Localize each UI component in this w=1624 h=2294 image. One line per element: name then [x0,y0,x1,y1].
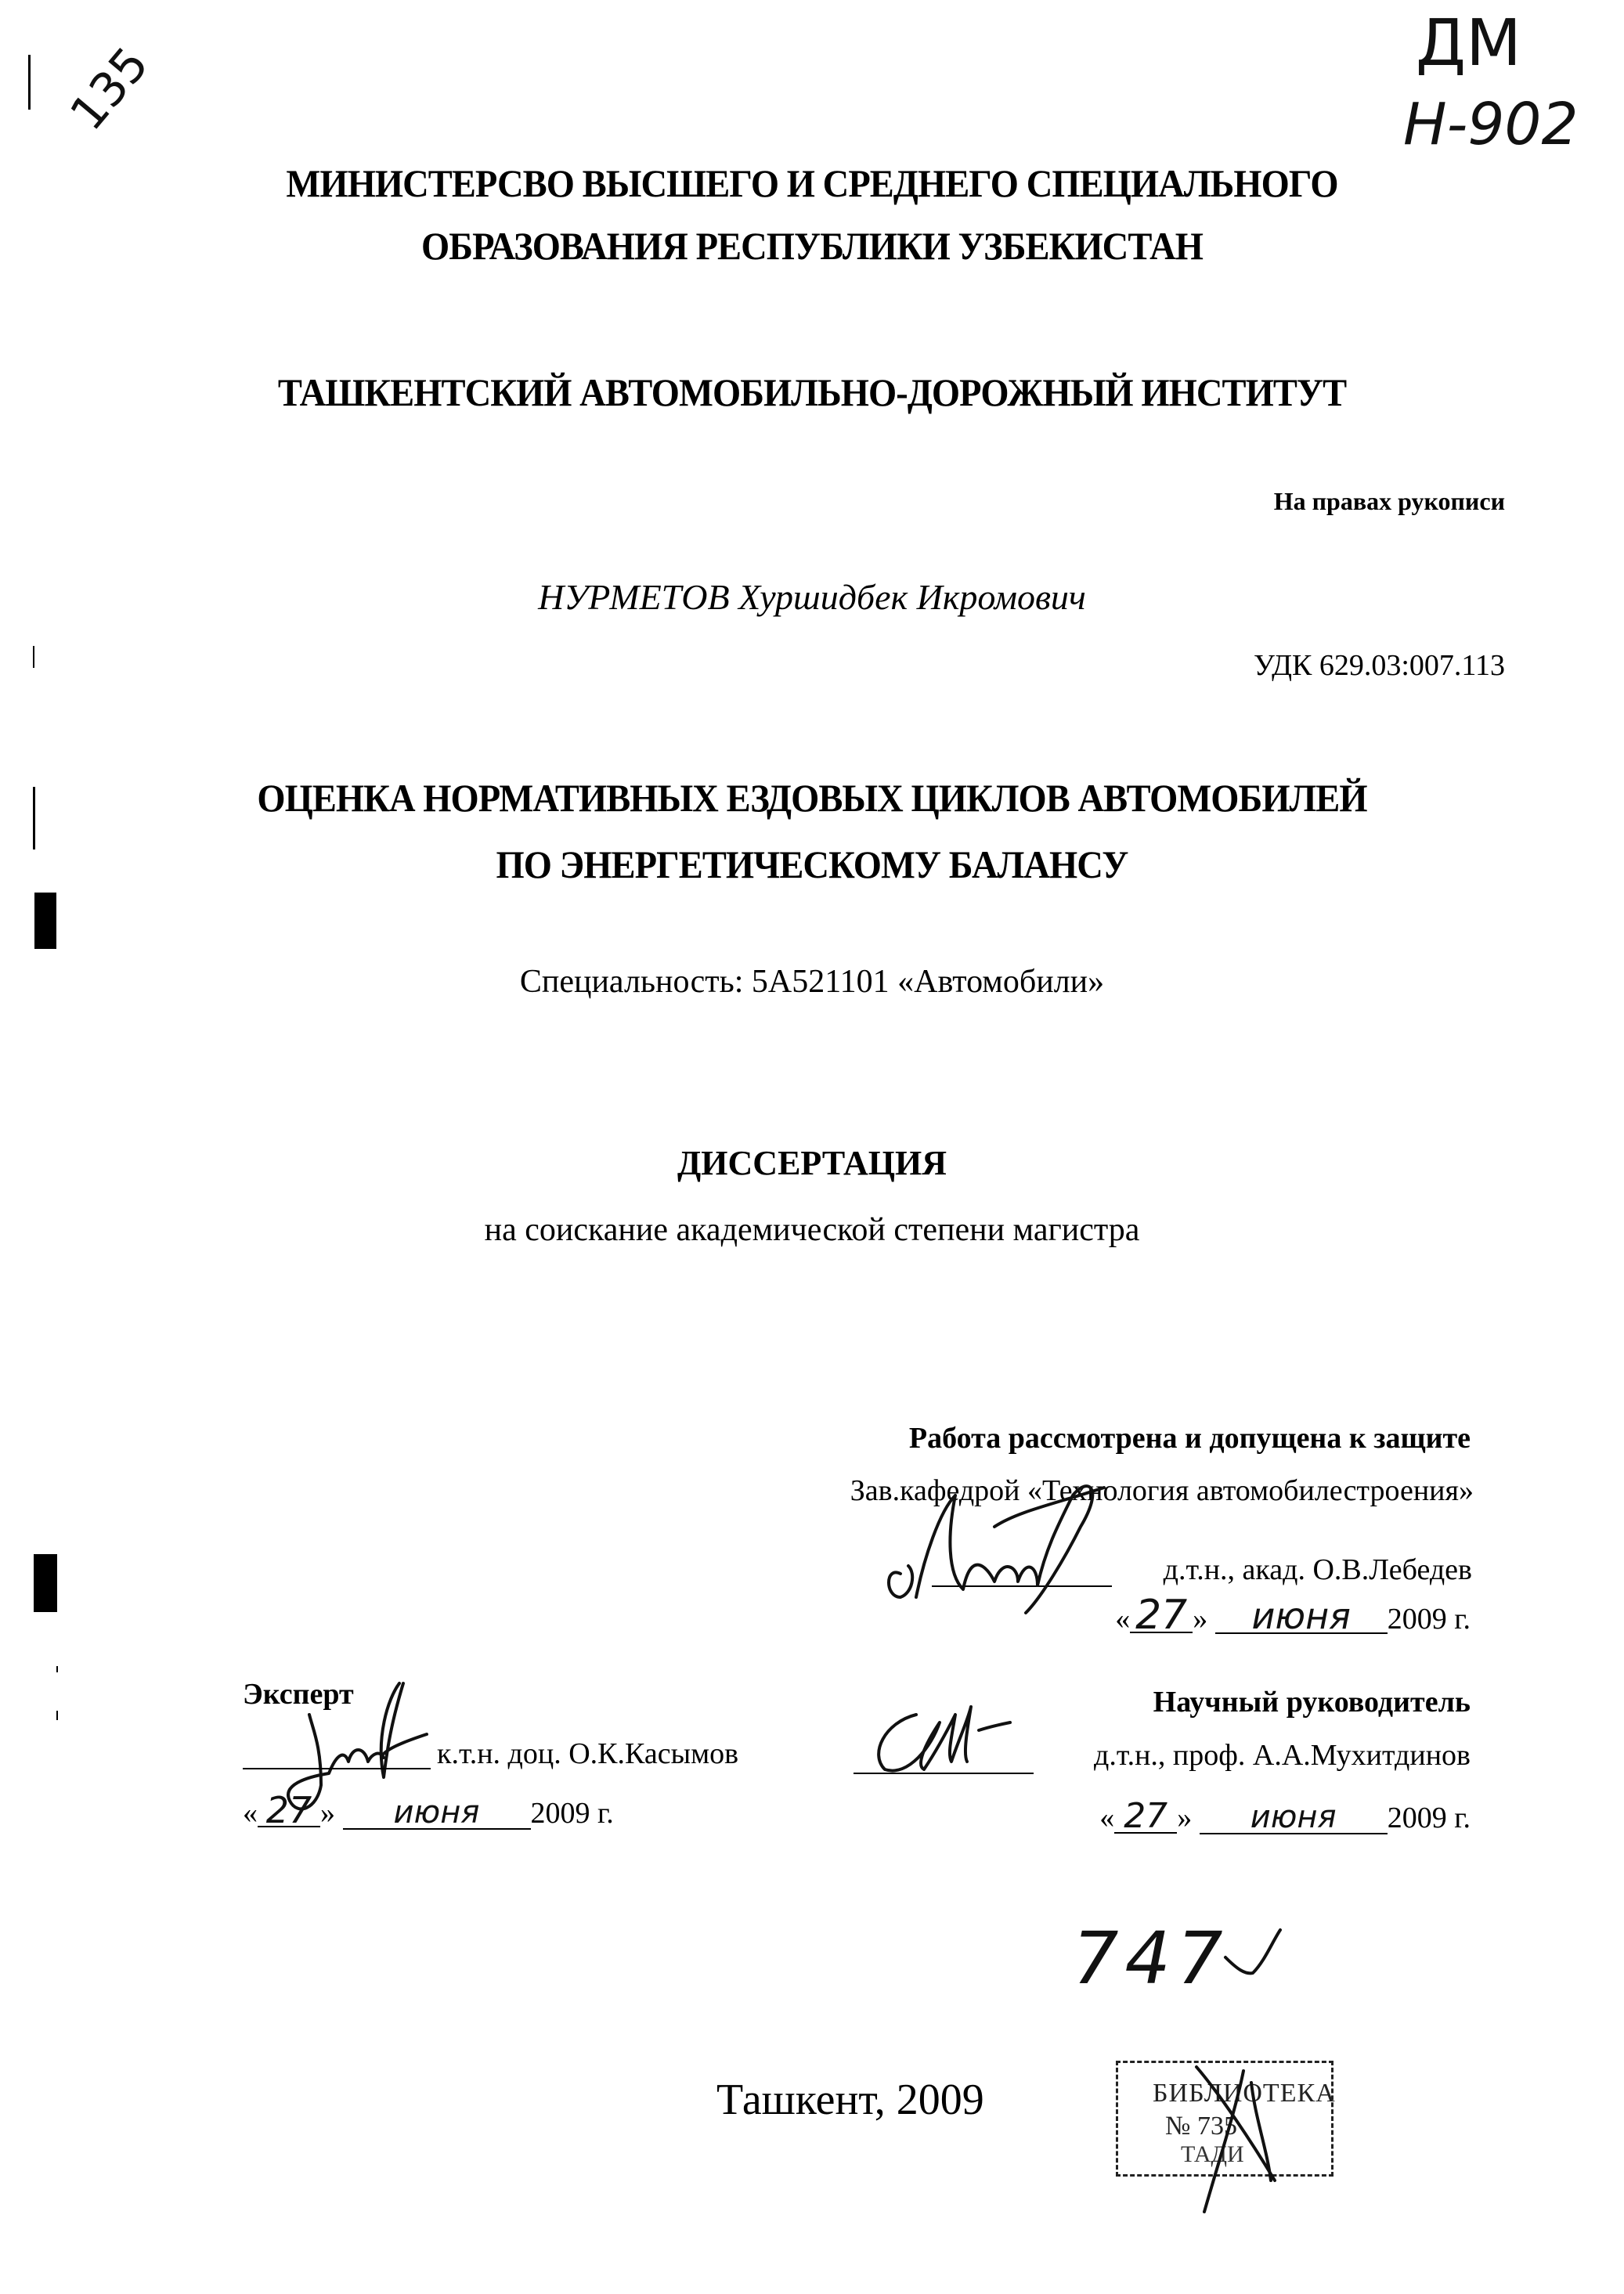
udc-code: УДК 629.03:007.113 [1254,648,1505,683]
date-day-handwritten: 27 [1130,1599,1193,1633]
thesis-title-line2: ПО ЭНЕРГЕТИЧЕСКОМУ БАЛАНСУ [57,842,1568,887]
date-close-quote: » [1177,1802,1192,1834]
head-signature [869,1480,1104,1621]
margin-mark [33,646,34,668]
supervisor-label: Научный руководитель [1153,1685,1471,1719]
approval-heading: Работа рассмотрена и допущена к защите [909,1421,1471,1455]
approval-date: «27» июня2009 г. [1115,1599,1471,1636]
margin-mark [34,1554,57,1612]
handwritten-shelf-code-line1: ДМ [1416,6,1521,81]
handwritten-inventory-number: 747 [1073,1917,1229,2000]
degree-line: на соискание академической степени магис… [0,1211,1624,1249]
supervisor-name: д.т.н., проф. А.А.Мухитдинов [1094,1738,1471,1773]
date-open-quote: « [1099,1802,1114,1834]
date-month-handwritten: июня [1200,1802,1388,1834]
margin-mark [34,893,56,949]
thesis-title-line1: ОЦЕНКА НОРМАТИВНЫХ ЕЗДОВЫХ ЦИКЛОВ АВТОМО… [57,775,1568,821]
inventory-check-mark [1222,1926,1284,1989]
supervisor-date: «27» июня2009 г. [1099,1801,1471,1835]
institute-name: ТАШКЕНТСКИЙ АВТОМОБИЛЬНО-ДОРОЖНЫЙ ИНСТИТ… [57,370,1568,415]
supervisor-signature-line [854,1773,1034,1774]
date-day-handwritten: 27 [1114,1801,1177,1834]
stamp-cross-mark [1118,2063,1336,2220]
handwritten-corner-number: 135 [60,37,159,141]
manuscript-note: На правах рукописи [1274,487,1505,516]
expert-signature-line [243,1768,431,1769]
margin-mark [56,1711,58,1720]
date-close-quote: » [320,1797,335,1830]
handwritten-shelf-code-line2: Н-902 [1403,91,1579,158]
author-name: НУРМЕТОВ Хуршидбек Икромович [0,576,1624,618]
expert-date: «27» июня2009 г. [243,1794,614,1831]
ministry-line2: ОБРАЗОВАНИЯ РЕСПУБЛИКИ УЗБЕКИСТАН [57,223,1568,269]
document-type: ДИССЕРТАЦИЯ [0,1143,1624,1183]
ministry-line1: МИНИСТЕРСВО ВЫСШЕГО И СРЕДНЕГО СПЕЦИАЛЬН… [57,161,1568,206]
margin-mark [33,787,35,849]
date-month-handwritten: июня [1215,1600,1388,1634]
date-open-quote: « [1115,1603,1130,1636]
margin-mark [28,55,31,110]
supervisor-signature [861,1691,1049,1777]
head-name: д.т.н., акад. О.В.Лебедев [1164,1553,1472,1587]
date-day-handwritten: 27 [258,1794,320,1827]
city-year: Ташкент, 2009 [716,2075,984,2125]
margin-mark [56,1666,58,1672]
date-year: 2009 г. [1388,1802,1471,1834]
date-month-handwritten: июня [343,1797,531,1830]
date-year: 2009 г. [1388,1603,1471,1636]
specialty: Специальность: 5А521101 «Автомобили» [0,963,1624,1001]
expert-name: к.т.н. доц. О.К.Касымов [437,1737,738,1771]
library-stamp: БИБЛИОТЕКА № 735 ТАДИ [1116,2061,1333,2177]
date-year: 2009 г. [531,1797,614,1830]
date-open-quote: « [243,1797,258,1830]
date-close-quote: » [1193,1603,1207,1636]
